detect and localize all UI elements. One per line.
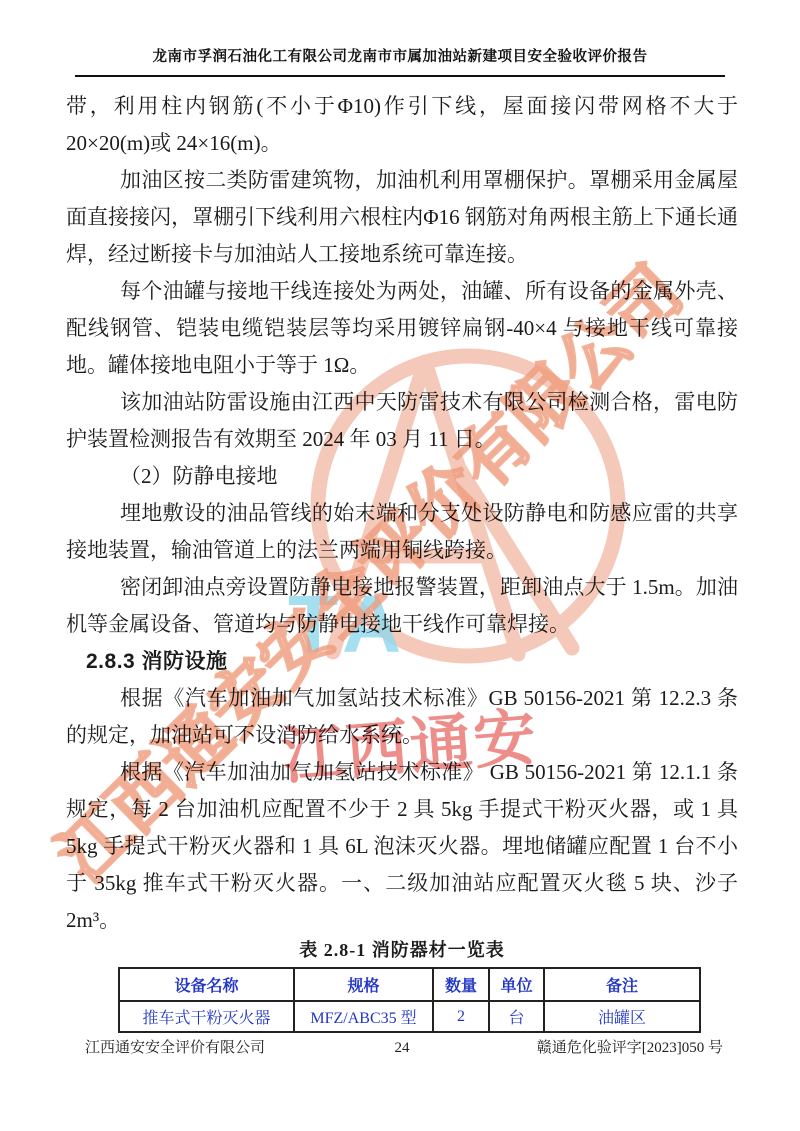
report-page: 龙南市孚润石油化工有限公司龙南市市属加油站新建项目安全验收评价报告 带，利用柱内… [0, 0, 800, 1131]
fire-equipment-table: 设备名称规格数量单位备注 推车式干粉灭火器MFZ/ABC35 型2台油罐区 [118, 967, 701, 1033]
table-row: 推车式干粉灭火器MFZ/ABC35 型2台油罐区 [119, 1001, 700, 1032]
footer-doc-number: 赣通危化验评字[2023]050 号 [469, 1036, 738, 1057]
table-cell: 推车式干粉灭火器 [119, 1001, 294, 1032]
paragraph: （2）防静电接地 [66, 458, 738, 495]
document-body: 带，利用柱内钢筋(不小于Φ10)作引下线，屋面接闪带网格不大于 20×20(m)… [66, 88, 738, 938]
paragraph: 根据《汽车加油加气加氢站技术标准》GB 50156-2021 第 12.2.3 … [66, 680, 738, 754]
page-header: 龙南市孚润石油化工有限公司龙南市市属加油站新建项目安全验收评价报告 [75, 46, 725, 77]
paragraph: 根据《汽车加油加气加氢站技术标准》 GB 50156-2021 第 12.1.1… [66, 754, 738, 938]
table-cell: 2 [433, 1001, 489, 1032]
column-header: 备注 [544, 968, 700, 1001]
page-footer: 江西通安安全评价有限公司 24 赣通危化验评字[2023]050 号 [66, 1036, 738, 1057]
column-header: 单位 [489, 968, 544, 1001]
table-cell: 油罐区 [544, 1001, 700, 1032]
footer-page-number: 24 [335, 1040, 469, 1057]
header-rule [75, 75, 725, 77]
report-header-title: 龙南市孚润石油化工有限公司龙南市市属加油站新建项目安全验收评价报告 [75, 46, 725, 68]
paragraph: 带，利用柱内钢筋(不小于Φ10)作引下线，屋面接闪带网格不大于 20×20(m)… [66, 88, 738, 162]
table-caption: 表 2.8-1 消防器材一览表 [66, 936, 738, 962]
paragraph: 该加油站防雷设施由江西中天防雷技术有限公司检测合格，雷电防护装置检测报告有效期至… [66, 384, 738, 458]
table-cell: MFZ/ABC35 型 [294, 1001, 433, 1032]
paragraph: 埋地敷设的油品管线的始末端和分支处设防静电和防感应雷的共享接地装置，输油管道上的… [66, 495, 738, 569]
footer-company: 江西通安安全评价有限公司 [66, 1036, 335, 1057]
paragraph: 每个油罐与接地干线连接处为两处，油罐、所有设备的金属外壳、配线钢管、铠装电缆铠装… [66, 273, 738, 384]
table-cell: 台 [489, 1001, 544, 1032]
section-heading: 2.8.3 消防设施 [86, 643, 738, 680]
column-header: 规格 [294, 968, 433, 1001]
table-body: 推车式干粉灭火器MFZ/ABC35 型2台油罐区 [119, 1001, 700, 1032]
column-header: 数量 [433, 968, 489, 1001]
paragraph: 加油区按二类防雷建筑物，加油机利用罩棚保护。罩棚采用金属屋面直接接闪，罩棚引下线… [66, 162, 738, 273]
paragraph: 密闭卸油点旁设置防静电接地报警装置，距卸油点大于 1.5m。加油机等金属设备、管… [66, 569, 738, 643]
table-header-row: 设备名称规格数量单位备注 [119, 968, 700, 1001]
column-header: 设备名称 [119, 968, 294, 1001]
